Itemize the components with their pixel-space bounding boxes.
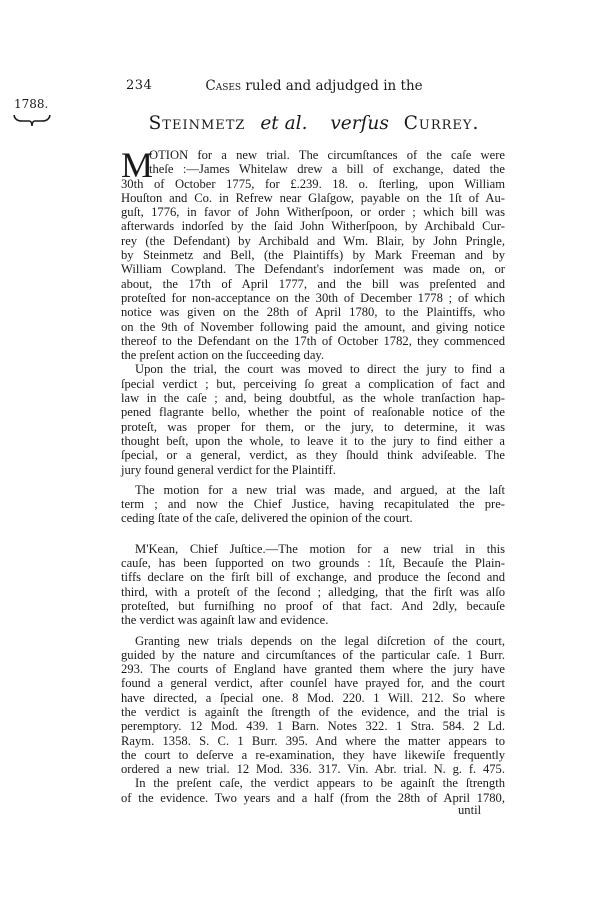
text-line: ſpecial, or a general, verdict, as they …	[121, 448, 505, 462]
text-line: ordered a new trial. 12 Mod. 336. 317. V…	[121, 762, 505, 776]
text-line: on the 9th of November following paid th…	[121, 320, 505, 334]
paragraph-motion: OTION for a new trial. The circumſtances…	[121, 148, 505, 362]
text-line: the verdict was againſt law and evidence…	[121, 613, 505, 627]
paragraph-trial: Upon the trial, the court was moved to d…	[121, 362, 505, 476]
text-line: OTION for a new trial. The circumſtances…	[121, 148, 505, 162]
text-line: guſt, 1776, in favor of John Witherſpoon…	[121, 205, 505, 219]
text-line: thought beſt, upon the whole, to leave i…	[121, 434, 505, 448]
text-line: jury found general verdict for the Plain…	[121, 463, 505, 477]
text-line: Houſton and Co. in Refrew near Glaſgow, …	[121, 191, 505, 205]
paragraph-present-case: In the preſent caſe, the verdict appears…	[121, 776, 505, 805]
text-line: by Steinmetz and Bell, (the Plaintiffs) …	[121, 248, 505, 262]
text-line: the court to deſerve a re-examination, t…	[121, 748, 505, 762]
text-line: the preſent action on the ſucceeding day…	[121, 348, 505, 362]
text-line: ceding ſtate of the caſe, delivered the …	[121, 511, 505, 525]
text-line: Upon the trial, the court was moved to d…	[121, 362, 505, 376]
text-line: rey (the Defendant) by Archibald and Wm.…	[121, 234, 505, 248]
text-line: guided by the nature and circumſtances o…	[121, 648, 505, 662]
text-line: term ; and now the Chief Justice, having…	[121, 497, 505, 511]
paragraph-new-trial-motion: The motion for a new trial was made, and…	[121, 483, 505, 526]
plaintiff-name: Steinmetz	[149, 113, 246, 134]
et-al: et al.	[260, 113, 307, 134]
running-head-smallcaps: Cases	[205, 78, 241, 94]
body-text: OTION for a new trial. The circumſtances…	[121, 148, 505, 805]
text-line: ſpecial verdict ; but, perceiving ſo gre…	[121, 377, 505, 391]
text-line: Granting new trials depends on the legal…	[121, 634, 505, 648]
text-line: The motion for a new trial was made, and…	[121, 483, 505, 497]
text-line: pened flagrante bello, whether the point…	[121, 405, 505, 419]
text-line: proteſt, was proper for them, or the jur…	[121, 420, 505, 434]
paragraph-opinion: M'Kean, Chief Juſtice.—The motion for a …	[121, 542, 505, 628]
text-line: law in the caſe ; and, being doubtful, a…	[121, 391, 505, 405]
text-line: cauſe, has been ſupported on two grounds…	[121, 556, 505, 570]
text-line: In the preſent caſe, the verdict appears…	[121, 776, 505, 790]
text-line: of the evidence. Two years and a half (f…	[121, 791, 505, 805]
catchword: until	[458, 803, 481, 818]
text-line: Raym. 1358. S. C. 1 Burr. 395. And where…	[121, 734, 505, 748]
versus: verſus	[330, 113, 389, 134]
text-line: proteſted, but furniſhing no proof of th…	[121, 599, 505, 613]
case-title: Steinmetz et al. verſus Currey.	[0, 113, 600, 134]
text-line: thereof to the Defendant on the 17th of …	[121, 334, 505, 348]
paragraph-granting: Granting new trials depends on the legal…	[121, 634, 505, 777]
text-line: peremptory. 12 Mod. 439. 1 Barn. Notes 3…	[121, 719, 505, 733]
text-line: M'Kean, Chief Juſtice.—The motion for a …	[121, 542, 505, 556]
text-line: 30th of October 1775, for £.239. 18. o. …	[121, 177, 505, 191]
text-line: 293. The courts of England have granted …	[121, 662, 505, 676]
text-line: proteſted for non-acceptance on the 30th…	[121, 291, 505, 305]
text-line: notice was given on the 28th of April 17…	[121, 305, 505, 319]
text-line: tiffs declare on the firſt bill of excha…	[121, 570, 505, 584]
margin-year: 1788.	[14, 97, 48, 111]
text-line: third, with a proteſt of the ſecond ; al…	[121, 585, 505, 599]
running-head-text: ruled and adjudged in the	[241, 78, 423, 94]
text-line: theſe :—James Whitelaw drew a bill of ex…	[121, 162, 505, 176]
running-head: Cases ruled and adjudged in the	[0, 78, 600, 94]
text-line: William Cowpland. The Defendant's indorſ…	[121, 262, 505, 276]
text-line: afterwards indorſed by the ſaid John Wit…	[121, 219, 505, 233]
text-line: about, the 17th of April 1777, and the b…	[121, 277, 505, 291]
text-line: have directed, a ſpecial one. 8 Mod. 220…	[121, 691, 505, 705]
defendant-name: Currey.	[404, 113, 480, 134]
text-line: the verdict is againſt the ſtrength of t…	[121, 705, 505, 719]
text-line: found a general verdict, after counſel h…	[121, 676, 505, 690]
